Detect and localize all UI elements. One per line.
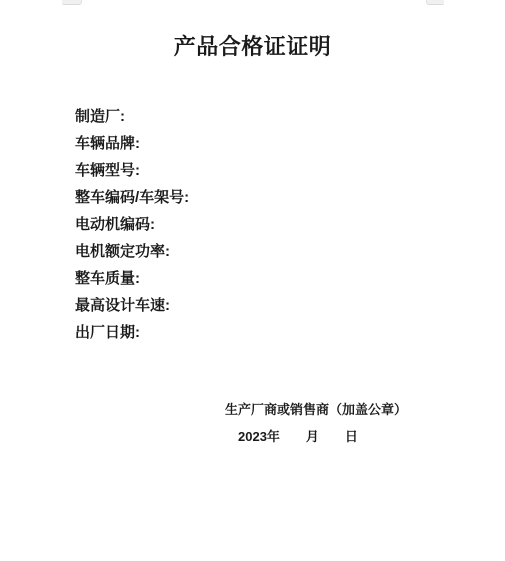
field-label-motor-code: 电动机编码: [75,211,189,238]
field-label-vehicle-code-frame-number: 整车编码/车架号: [75,184,189,211]
cropped-toolbar-button-fragment-left[interactable] [62,0,82,5]
field-label-vehicle-mass: 整车质量: [75,265,189,292]
field-label-motor-rated-power: 电机额定功率: [75,238,189,265]
document-title: 产品合格证证明 [0,32,505,62]
field-list: 制造厂: 车辆品牌: 车辆型号: 整车编码/车架号: 电动机编码: 电机额定功率… [75,103,189,346]
field-label-vehicle-brand: 车辆品牌: [75,130,189,157]
field-label-manufacturer: 制造厂: [75,103,189,130]
field-label-vehicle-model: 车辆型号: [75,157,189,184]
signature-date-line: 2023年 月 日 [238,429,358,445]
document-page: 产品合格证证明 制造厂: 车辆品牌: 车辆型号: 整车编码/车架号: 电动机编码… [0,0,505,561]
field-label-factory-date: 出厂日期: [75,319,189,346]
field-label-max-design-speed: 最高设计车速: [75,292,189,319]
signature-issuer-line: 生产厂商或销售商（加盖公章） [225,402,407,418]
cropped-toolbar-button-fragment-right[interactable] [426,0,444,5]
